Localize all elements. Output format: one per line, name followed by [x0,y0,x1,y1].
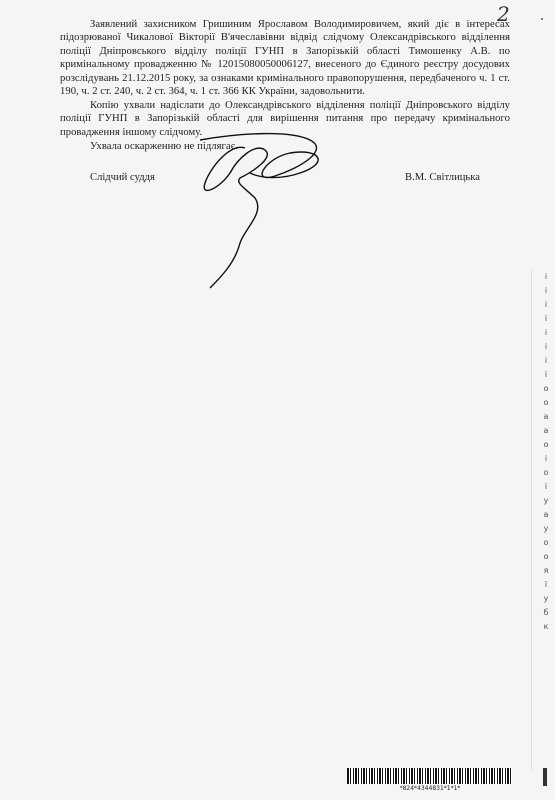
margin-letter: і [540,326,552,340]
margin-letter: у [540,494,552,508]
margin-letter: ї [540,578,552,592]
margin-letter: о [540,550,552,564]
margin-letter: і [540,480,552,494]
margin-letter: і [540,284,552,298]
margin-letter: і [540,452,552,466]
margin-letter: а [540,508,552,522]
margin-letter: о [540,396,552,410]
margin-letter: а [540,410,552,424]
handwritten-signature [180,128,330,308]
signature-label: Слідчий суддя [90,172,155,183]
margin-bar-mark [543,768,547,786]
fold-line [531,270,532,770]
margin-letter: у [540,592,552,606]
margin-letter: і [540,368,552,382]
margin-letter: і [540,340,552,354]
margin-letter: і [540,354,552,368]
margin-letter: б [540,606,552,620]
barcode-number: *824*4344831*1*1* [360,785,500,792]
margin-letter: а [540,424,552,438]
margin-letter: і [540,298,552,312]
margin-letter: я [540,564,552,578]
dot-mark [541,18,543,20]
margin-letter: к [540,620,552,634]
margin-letter: о [540,536,552,550]
margin-letter: і [540,270,552,284]
paragraph-ruling: Заявлений захисником Гришиним Ярославом … [60,18,510,98]
margin-letter: о [540,438,552,452]
signatory-name: В.М. Світлицька [405,172,480,183]
margin-letter: о [540,466,552,480]
margin-letter: у [540,522,552,536]
margin-text-column: ііііііііооааоіоіуауоояїубк [540,270,552,634]
document-page: 2 Заявлений захисником Гришиним Ярославо… [0,0,555,800]
barcode [347,768,512,784]
margin-letter: о [540,382,552,396]
margin-letter: і [540,312,552,326]
